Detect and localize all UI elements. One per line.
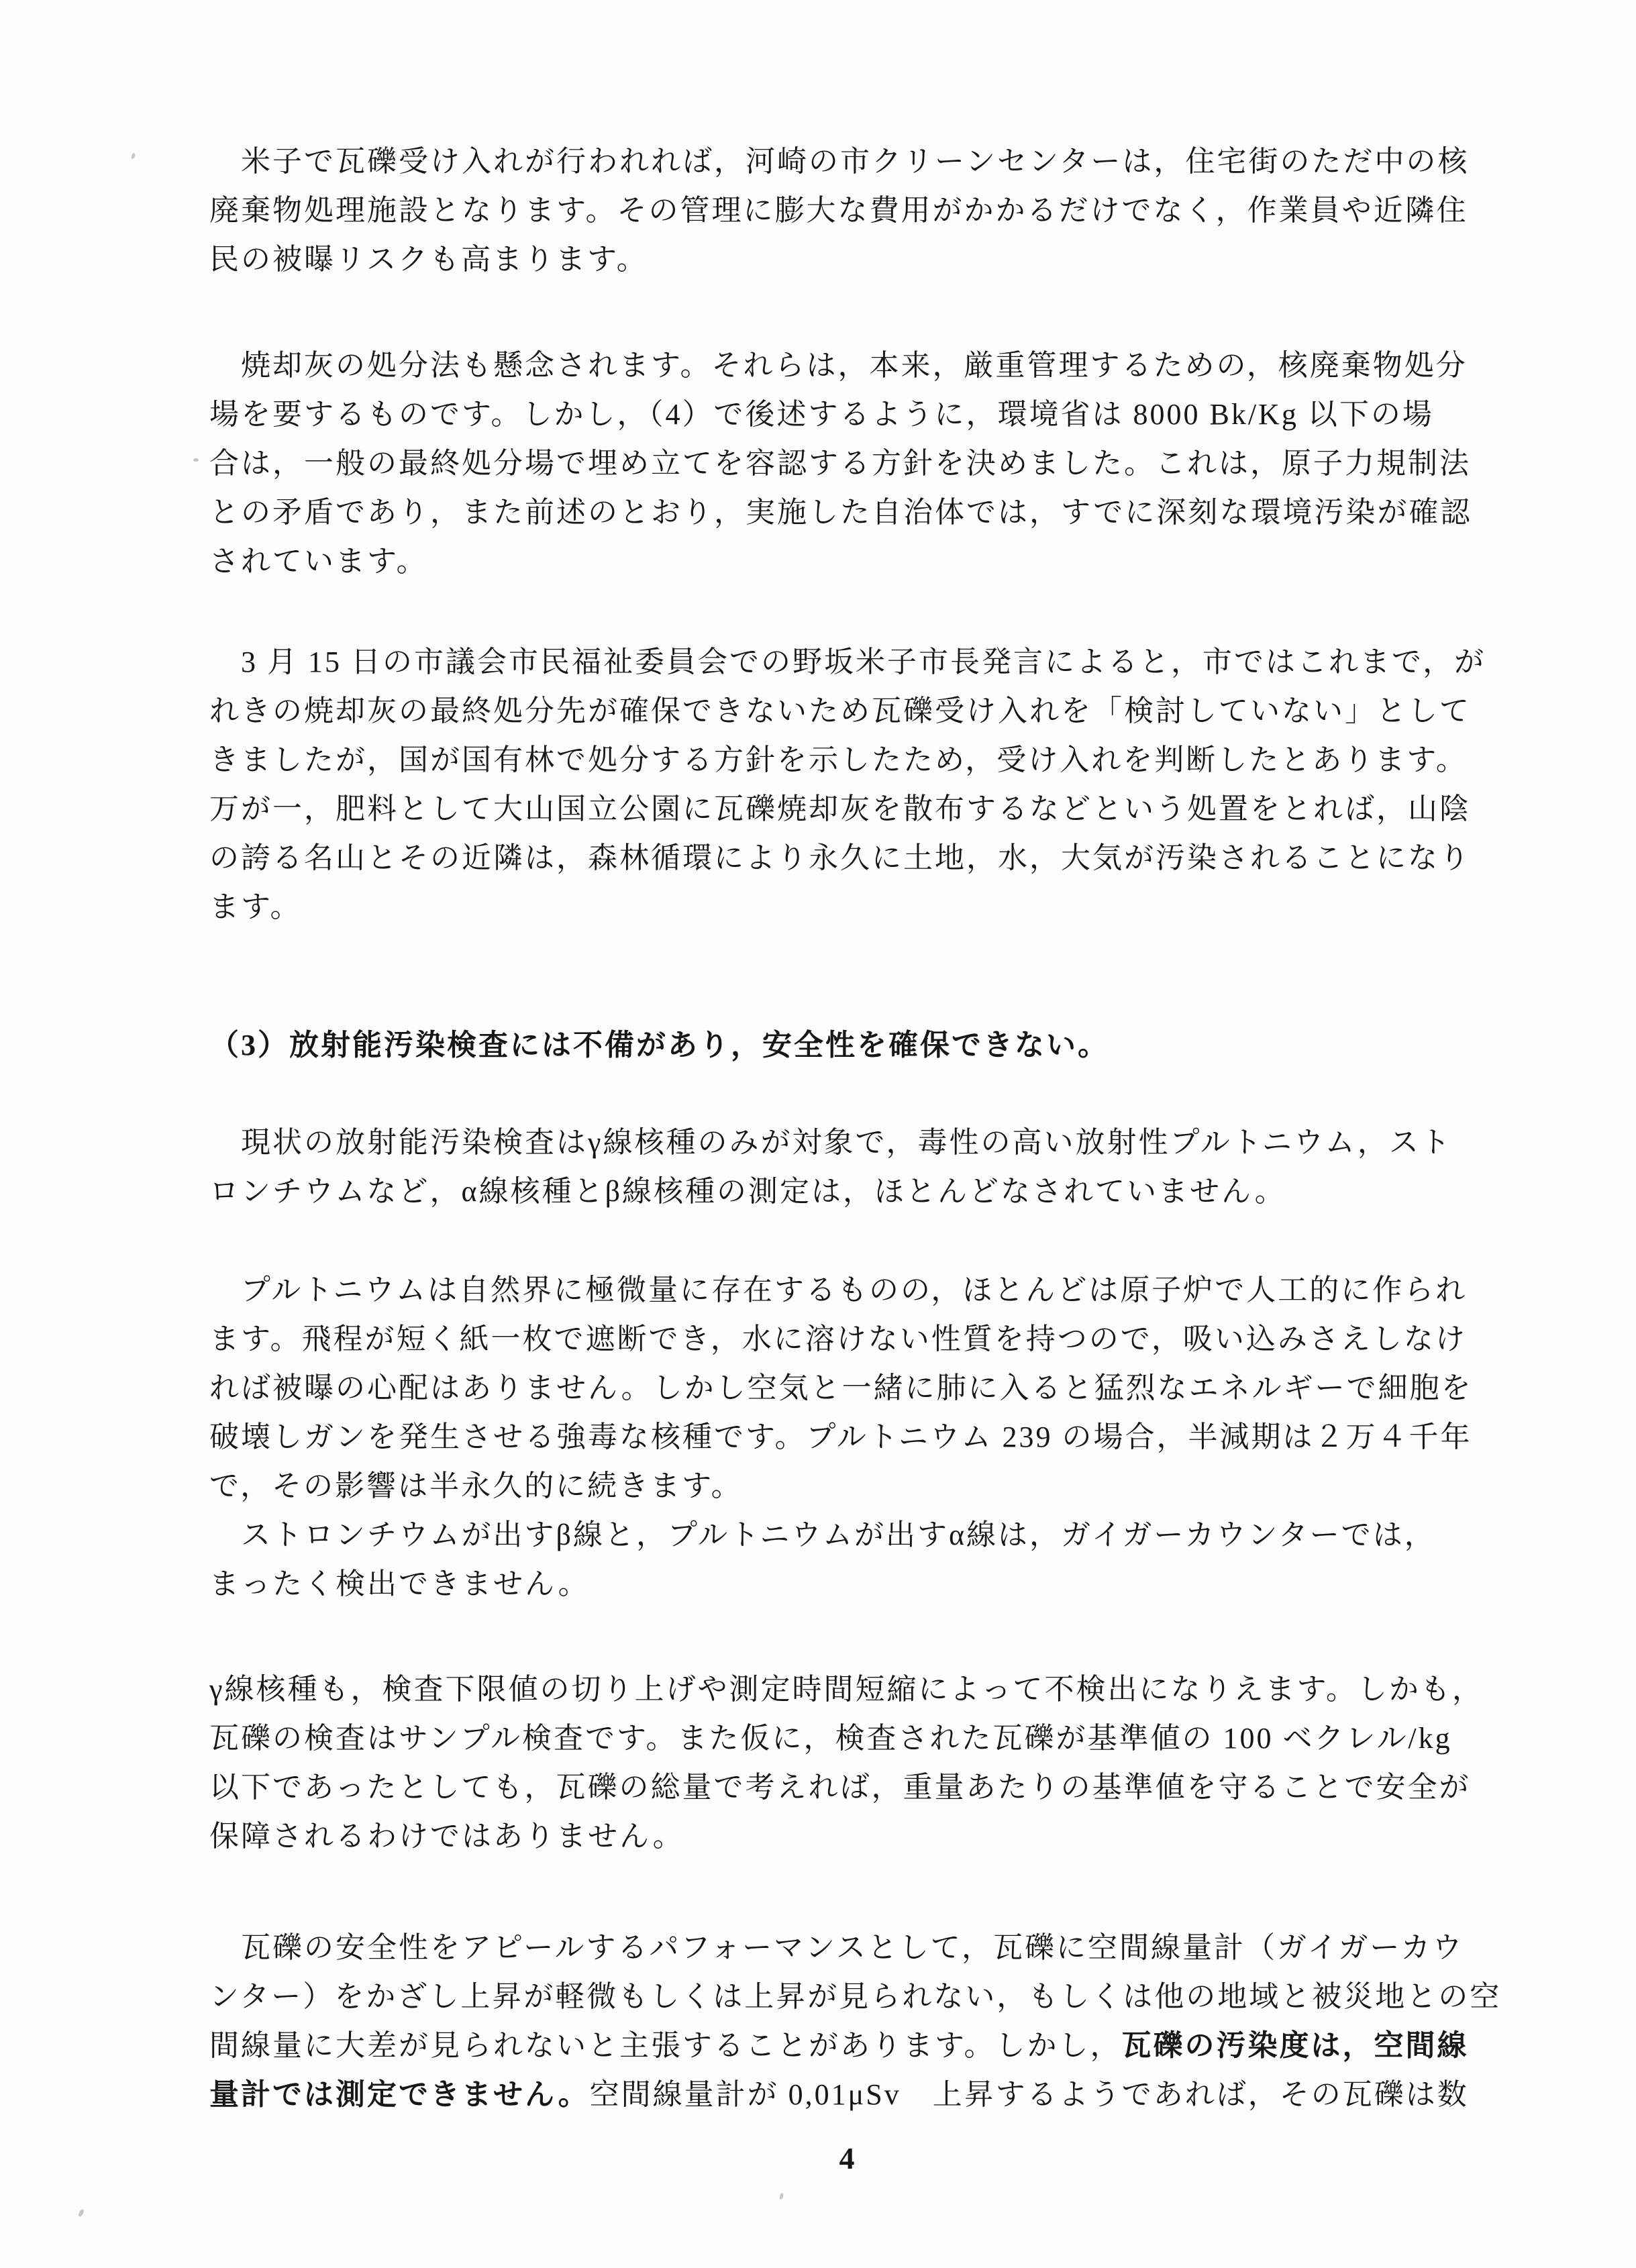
text-line: ストロンチウムが出すβ線と，プルトニウムが出すα線は，ガイガーカウンターでは，: [209, 1510, 1484, 1559]
paragraph-6: γ線核種も，検査下限値の切り上げや測定時間短縮によって不検出になりえます。しかも…: [209, 1665, 1484, 1861]
scan-speck: [78, 2208, 85, 2217]
text-line: で，その影響は半永久的に続きます。: [209, 1461, 1484, 1510]
text-line: 量計では測定できません。空間線量計が 0,01μSv 上昇するようであれば，その…: [209, 2070, 1484, 2119]
text-line: 万が一，肥料として大山国立公園に瓦礫焼却灰を散布するなどという処置をとれば，山陰: [209, 784, 1484, 833]
document-body: 米子で瓦礫受け入れが行われれば，河崎の市クリーンセンターは，住宅街のただ中の核廃…: [0, 0, 1636, 2183]
paragraph-2: 焼却灰の処分法も懸念されます。それらは，本来，厳重管理するための，核廃棄物処分場…: [209, 341, 1484, 586]
text-line: の誇る名山とその近隣は，森林循環により永久に土地，水，大気が汚染されることになり: [209, 833, 1484, 882]
text-line: れば被曝の心配はありません。しかし空気と一緒に肺に入ると猛烈なエネルギーで細胞を: [209, 1363, 1484, 1412]
text-line: 以下であったとしても，瓦礫の総量で考えれば，重量あたりの基準値を守ることで安全が: [209, 1763, 1484, 1812]
paragraph-1: 米子で瓦礫受け入れが行われれば，河崎の市クリーンセンターは，住宅街のただ中の核廃…: [209, 137, 1484, 284]
text-line: されています。: [209, 537, 1484, 586]
paragraph-7: 瓦礫の安全性をアピールするパフォーマンスとして，瓦礫に空間線量計（ガイガーカウン…: [209, 1923, 1484, 2119]
text-line: ます。: [209, 882, 1484, 931]
text-line: プルトニウムは自然界に極微量に存在するものの，ほとんどは原子炉で人工的に作られ: [209, 1266, 1484, 1315]
text-line: （3）放射能汚染検査には不備があり，安全性を確保できない。: [209, 1021, 1484, 1070]
text-line: 焼却灰の処分法も懸念されます。それらは，本来，厳重管理するための，核廃棄物処分: [209, 341, 1484, 390]
page-number: 4: [209, 2134, 1484, 2183]
text-line: 破壊しガンを発生させる強毒な核種です。プルトニウム 239 の場合，半減期は２万…: [209, 1412, 1484, 1461]
text-line: ンター）をかざし上昇が軽微もしくは上昇が見られない，もしくは他の地域と被災地との…: [209, 1972, 1484, 2021]
text-line: 民の被曝リスクも高まります。: [209, 235, 1484, 284]
text-line: 場を要するものです。しかし，（4）で後述するように，環境省は 8000 Bk/K…: [209, 390, 1484, 439]
scan-speck: [779, 2193, 784, 2200]
text-line: きましたが，国が国有林で処分する方針を示したため，受け入れを判断したとあります。: [209, 735, 1484, 784]
document-page: 米子で瓦礫受け入れが行われれば，河崎の市クリーンセンターは，住宅街のただ中の核廃…: [0, 0, 1636, 2268]
text-line: 現状の放射能汚染検査はγ線核種のみが対象で，毒性の高い放射性プルトニウム，スト: [209, 1118, 1484, 1167]
text-line: 3 月 15 日の市議会市民福祉委員会での野坂米子市長発言によると，市ではこれま…: [209, 637, 1484, 686]
text-line: れきの焼却灰の最終処分先が確保できないため瓦礫受け入れを「検討していない」として: [209, 686, 1484, 735]
text-line: 廃棄物処理施設となります。その管理に膨大な費用がかかるだけでなく，作業員や近隣住: [209, 186, 1484, 235]
text-line: 間線量に大差が見られないと主張することがあります。しかし，瓦礫の汚染度は，空間線: [209, 2021, 1484, 2070]
scan-speck: [193, 458, 199, 462]
paragraph-3: 3 月 15 日の市議会市民福祉委員会での野坂米子市長発言によると，市ではこれま…: [209, 637, 1484, 931]
text-line: 保障されるわけではありません。: [209, 1812, 1484, 1861]
text-line: ロンチウムなど，α線核種とβ線核種の測定は，ほとんどなされていません。: [209, 1167, 1484, 1216]
paragraph-5: プルトニウムは自然界に極微量に存在するものの，ほとんどは原子炉で人工的に作られま…: [209, 1266, 1484, 1608]
text-line: 瓦礫の安全性をアピールするパフォーマンスとして，瓦礫に空間線量計（ガイガーカウ: [209, 1923, 1484, 1972]
text-line: 瓦礫の検査はサンプル検査です。また仮に，検査された瓦礫が基準値の 100 ベクレ…: [209, 1714, 1484, 1763]
text-line: との矛盾であり，また前述のとおり，実施した自治体では，すでに深刻な環境汚染が確認: [209, 488, 1484, 537]
text-line: γ線核種も，検査下限値の切り上げや測定時間短縮によって不検出になりえます。しかも…: [209, 1665, 1484, 1714]
text-line: 合は，一般の最終処分場で埋め立てを容認する方針を決めました。これは，原子力規制法: [209, 439, 1484, 488]
paragraph-4: 現状の放射能汚染検査はγ線核種のみが対象で，毒性の高い放射性プルトニウム，ストロ…: [209, 1118, 1484, 1216]
text-line: 米子で瓦礫受け入れが行われれば，河崎の市クリーンセンターは，住宅街のただ中の核: [209, 137, 1484, 186]
text-line: ます。飛程が短く紙一枚で遮断でき，水に溶けない性質を持つので，吸い込みさえしなけ: [209, 1315, 1484, 1363]
section-heading-3: （3）放射能汚染検査には不備があり，安全性を確保できない。: [209, 1021, 1484, 1070]
text-line: まったく検出できません。: [209, 1559, 1484, 1608]
